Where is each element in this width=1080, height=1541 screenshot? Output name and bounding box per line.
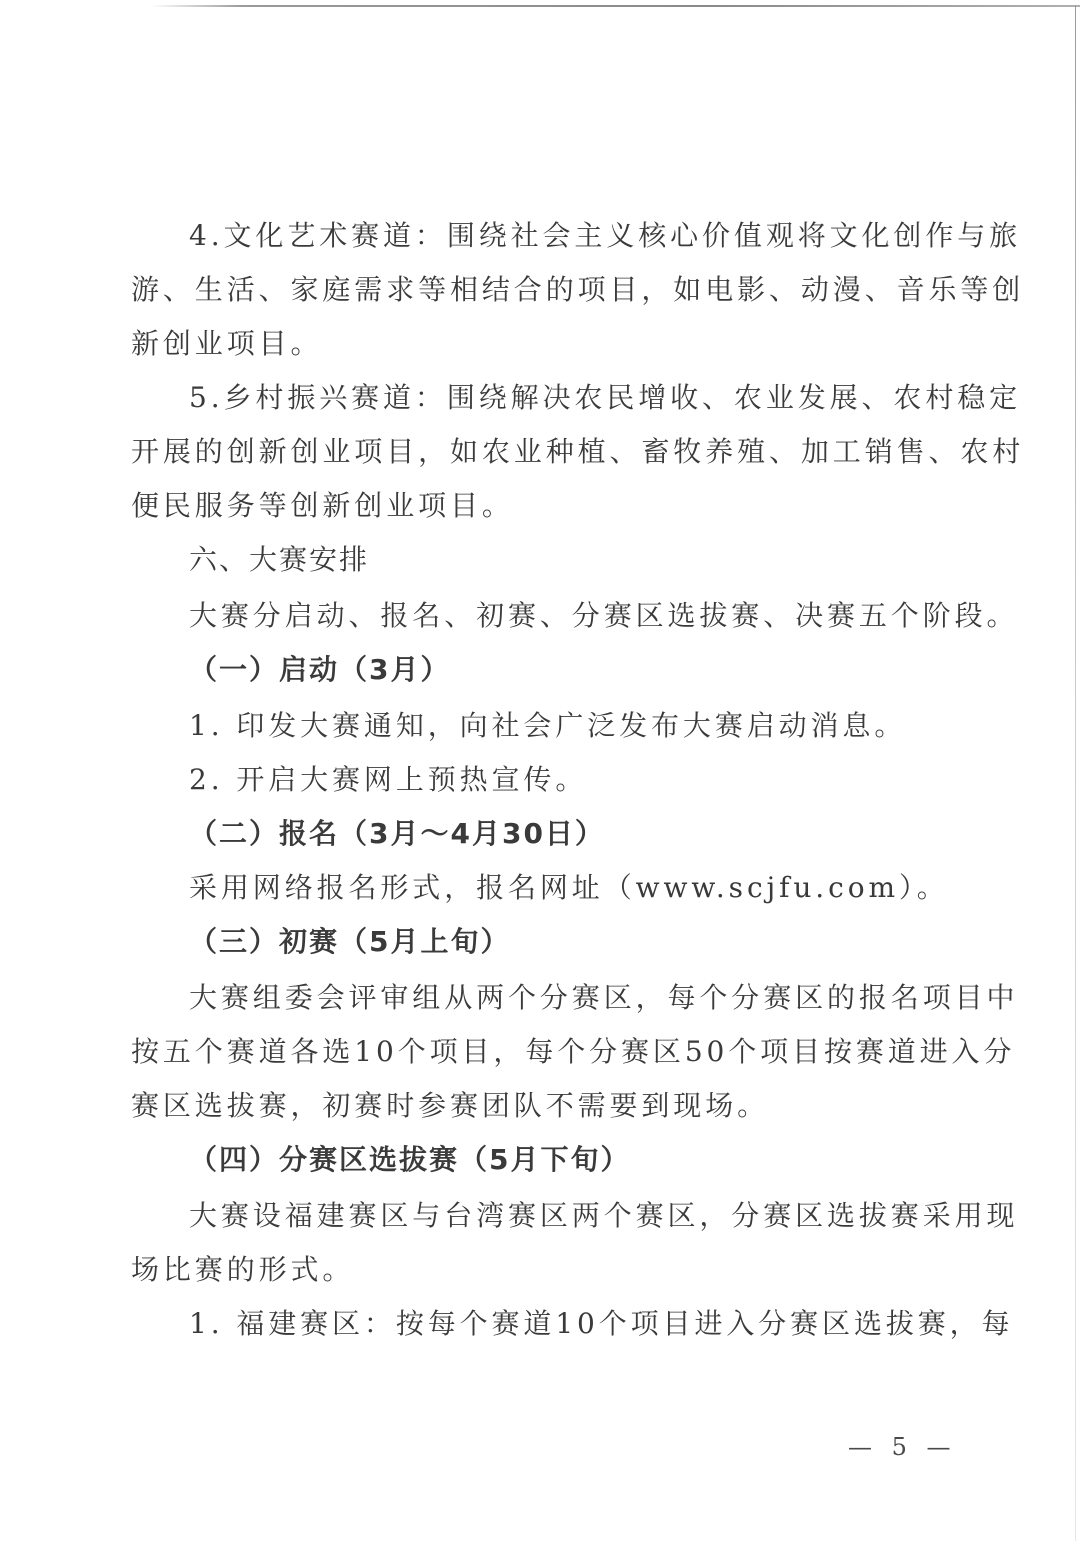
track-5-line-1: 5.乡村振兴赛道：围绕解决农民增收、农业发展、农村稳定 — [189, 380, 941, 416]
launch-item-2: 2. 开启大赛网上预热宣传。 — [189, 762, 941, 798]
launch-item-1: 1. 印发大赛通知，向社会广泛发布大赛启动消息。 — [189, 708, 941, 744]
track-5-line-3: 便民服务等创新创业项目。 — [131, 488, 941, 524]
division-line-1: 大赛设福建赛区与台湾赛区两个赛区，分赛区选拔赛采用现 — [189, 1198, 941, 1234]
subheading-launch: （一）启动（3月） — [189, 652, 941, 688]
document-page: 4.文化艺术赛道：围绕社会主义核心价值观将文化创作与旅 游、生活、家庭需求等相结… — [0, 0, 1080, 1541]
track-4-line-3: 新创业项目。 — [131, 326, 941, 362]
division-line-2: 场比赛的形式。 — [131, 1252, 941, 1288]
registration-text: 采用网络报名形式，报名网址（www.scjfu.com）。 — [189, 870, 941, 906]
page-number: — 5 — — [848, 1432, 957, 1462]
stages-summary: 大赛分启动、报名、初赛、分赛区选拔赛、决赛五个阶段。 — [189, 598, 941, 634]
preliminary-line-2: 按五个赛道各选10个项目，每个分赛区50个项目按赛道进入分 — [131, 1034, 941, 1070]
subheading-division-selection: （四）分赛区选拔赛（5月下旬） — [189, 1142, 941, 1178]
subheading-preliminary: （三）初赛（5月上旬） — [189, 924, 941, 960]
track-4-line-1: 4.文化艺术赛道：围绕社会主义核心价值观将文化创作与旅 — [189, 218, 941, 254]
section-heading-arrangement: 六、大赛安排 — [189, 542, 941, 578]
preliminary-line-3: 赛区选拔赛，初赛时参赛团队不需要到现场。 — [131, 1088, 941, 1124]
track-5-line-2: 开展的创新创业项目，如农业种植、畜牧养殖、加工销售、农村 — [131, 434, 941, 470]
preliminary-line-1: 大赛组委会评审组从两个分赛区，每个分赛区的报名项目中 — [189, 980, 941, 1016]
track-4-line-2: 游、生活、家庭需求等相结合的项目，如电影、动漫、音乐等创 — [131, 272, 941, 308]
fujian-division-line-1: 1. 福建赛区：按每个赛道10个项目进入分赛区选拔赛，每 — [189, 1306, 941, 1342]
subheading-registration: （二）报名（3月～4月30日） — [189, 816, 941, 852]
